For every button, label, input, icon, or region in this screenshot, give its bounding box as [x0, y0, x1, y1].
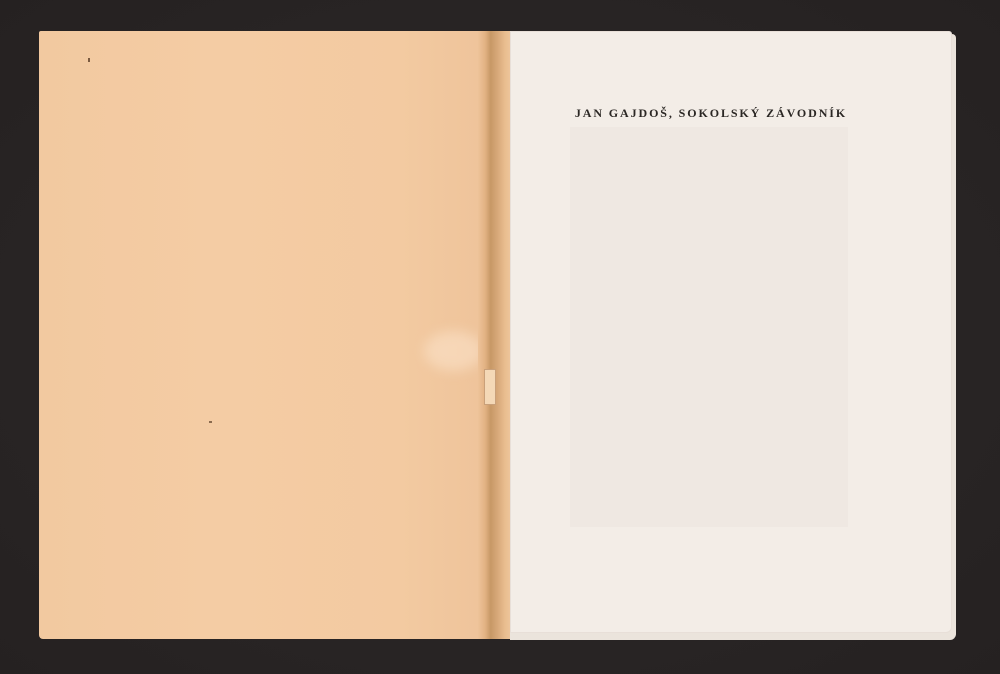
spine-binding-tab	[484, 369, 496, 405]
page-title: JAN GAJDOŠ, SOKOLSKÝ ZÁVODNÍK	[510, 106, 912, 121]
book-spine	[478, 31, 514, 639]
paper-speck	[88, 58, 90, 62]
title-page: JAN GAJDOŠ, SOKOLSKÝ ZÁVODNÍK	[510, 31, 952, 633]
left-inside-cover	[39, 31, 491, 639]
paper-speck	[209, 421, 212, 423]
blank-plate-area	[570, 127, 848, 527]
paper-stain	[424, 331, 484, 371]
